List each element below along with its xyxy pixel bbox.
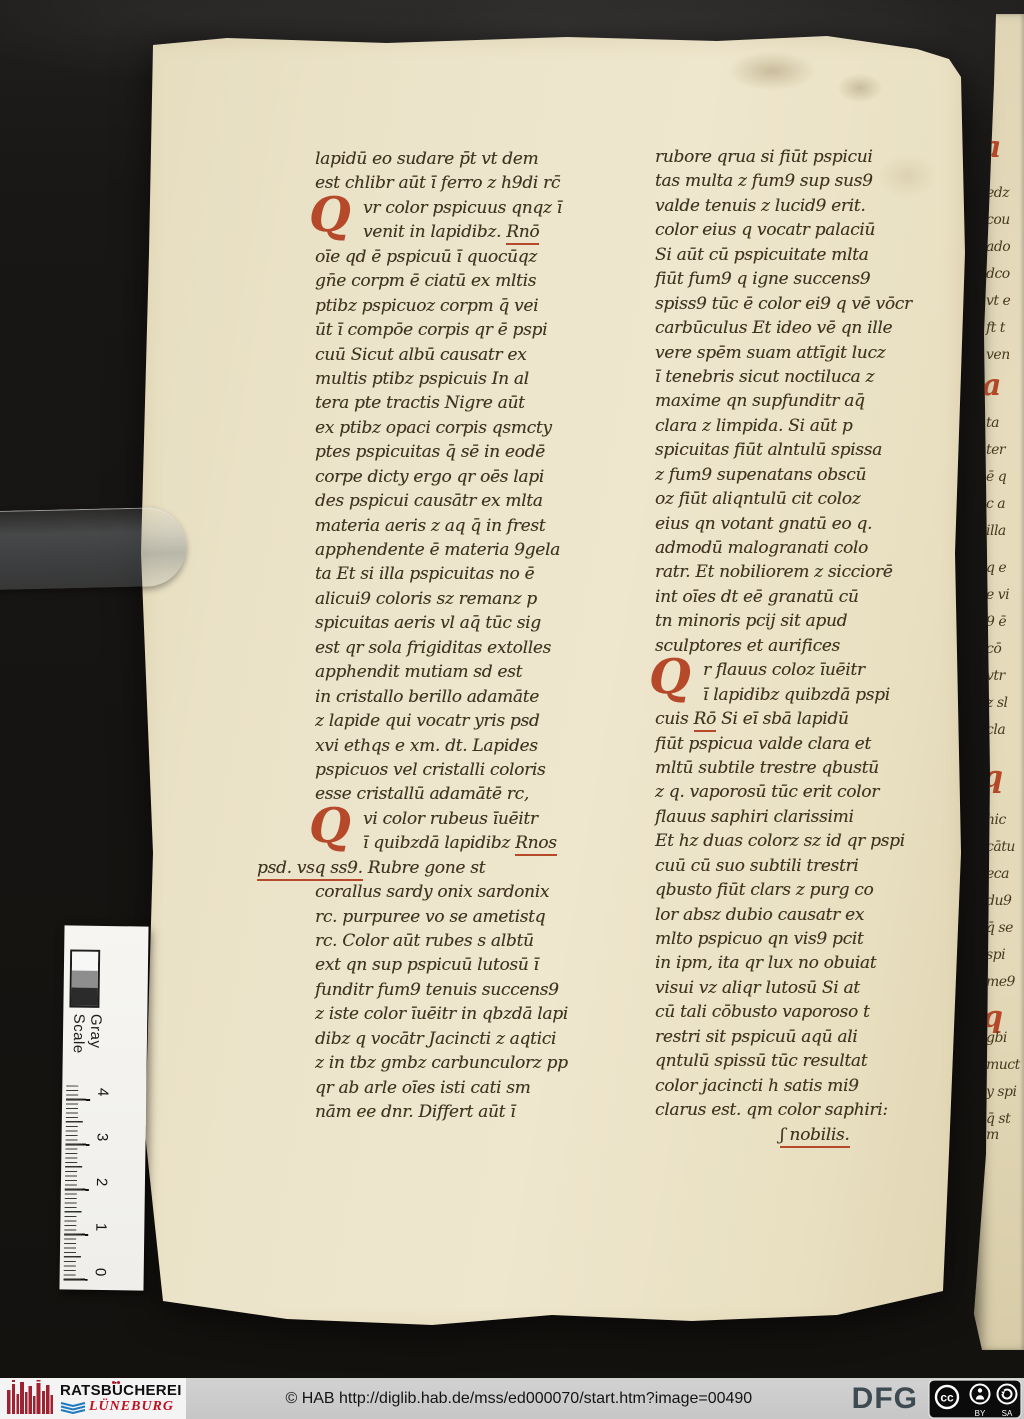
next-page-text-fragment: cātu: [986, 839, 1015, 855]
manuscript-line: ī quibzdā lapidibz Rnos: [315, 833, 621, 857]
manuscript-line: rubore qrua si fiūt pspicui: [655, 147, 951, 171]
manuscript-line: color eius q vocatr palaciū: [655, 220, 951, 244]
manuscript-line: cū tali cōbusto vaporoso t: [655, 1002, 951, 1026]
manuscript-line: z in tbz gmbz carbunculorz pp: [315, 1053, 621, 1077]
gray-scale-card: Gray Scale 43210: [59, 925, 148, 1290]
next-page-text-fragment: y spi: [986, 1084, 1016, 1100]
manuscript-line: mltū subtile trestre qbustū: [655, 758, 951, 782]
manuscript-line: apphendente ē materia 9gela: [315, 540, 621, 564]
next-page-rubric-fragment: a: [982, 368, 1001, 403]
next-page-text-fragment: ē q: [986, 469, 1006, 485]
next-page-text-fragment: q̄ st m: [986, 1111, 1024, 1143]
patch-black: [71, 987, 97, 1006]
svg-text:SA: SA: [1002, 1409, 1013, 1418]
manuscript-line: visui vz aliqr lutosū Si at: [655, 978, 951, 1002]
ruler-number: 4: [94, 1088, 111, 1097]
library-name: RATSBÜCHEREI LÜNEBURG: [60, 1383, 182, 1414]
next-page-text-fragment: ven: [986, 347, 1010, 363]
manuscript-line: des pspicui causātr ex mlta: [315, 491, 621, 515]
manuscript-line: in cristallo berillo adamāte: [315, 687, 621, 711]
next-page-text-fragment: q̄ se: [986, 920, 1013, 936]
text-column-left: lapidū eo sudare p̄t vt demest chlibr aū…: [315, 149, 621, 1127]
manuscript-line: ex ptibz opaci corpis qsmcty: [315, 418, 621, 442]
manuscript-line: Si aūt cū pspicuitate mlta: [655, 245, 951, 269]
lueneburg-bars-icon: [6, 1380, 54, 1418]
manuscript-line: cuū cū suo subtili trestri: [655, 856, 951, 880]
manuscript-line: dibz q vocātr Jacincti z aqtici: [315, 1029, 621, 1053]
library-name-line1: RATSBÜCHEREI: [60, 1383, 182, 1398]
ruler-number: 2: [93, 1178, 110, 1187]
gray-scale-label: Gray Scale: [69, 1014, 104, 1092]
next-page-text-fragment: z sl: [986, 695, 1008, 711]
next-page-text-fragment: eca: [986, 866, 1009, 882]
manuscript-line: in ipm, ita qr lux no obuiat: [655, 953, 951, 977]
manuscript-line: valde tenuis z lucid9 erit.: [655, 196, 951, 220]
manuscript-line: maxime qn supfunditr aq̄: [655, 391, 951, 415]
next-page-text-fragment: ta: [986, 415, 999, 431]
svg-text:BY: BY: [975, 1409, 986, 1418]
next-page-text-fragment: dco: [986, 266, 1010, 282]
manuscript-line: ūt ī compōe corpis qr ē pspi: [315, 320, 621, 344]
rubric-underlined-text: psd. vsq ss9.: [257, 858, 363, 881]
manuscript-line: clara z limpida. Si aūt p: [655, 416, 951, 440]
next-page-text-fragment: ado: [986, 239, 1010, 255]
manuscript-line: spicuitas fiūt alntulū spissa: [655, 440, 951, 464]
gray-scale-patches: [69, 950, 100, 1008]
manuscript-line: cuis Rō Si eī sbā lapidū: [655, 709, 951, 733]
footer-bar: RATSBÜCHEREI LÜNEBURG © HAB http://digli…: [0, 1378, 1024, 1419]
next-page-text-fragment: vtr: [986, 668, 1005, 684]
manuscript-line: int oīes dt eē granatū cū: [655, 587, 951, 611]
next-page-text-fragment: me9: [986, 974, 1015, 990]
manuscript-line: rc. purpuree vo se ametistq: [315, 907, 621, 931]
rubric-underlined-text: Rnos: [515, 833, 557, 856]
page-stain: [837, 73, 883, 103]
manuscript-line: qntulū spissū tūc resultat: [655, 1051, 951, 1075]
manuscript-line: gn̄e corpm ē ciatū ex mltis: [315, 271, 621, 295]
dfg-logo: DFG: [852, 1384, 918, 1414]
manuscript-line: z iste color īuēitr in qbzdā lapi: [315, 1004, 621, 1028]
manuscript-line: materia aeris z aq q̄ in frest: [315, 516, 621, 540]
manuscript-line: ptes pspicuitas q̄ sē in eodē: [315, 442, 621, 466]
manuscript-line: lor absz dubio causatr ex: [655, 905, 951, 929]
svg-text:cc: cc: [940, 1390, 954, 1404]
manuscript-line: tas multa z fum9 sup sus9: [655, 171, 951, 195]
ruler-number: 1: [92, 1223, 109, 1232]
next-page-text-fragment: muct: [986, 1057, 1020, 1073]
next-page-rubric-fragment: a: [982, 130, 1001, 165]
manuscript-line: est qr sola frigiditas extolles: [315, 638, 621, 662]
manuscript-line: pspicuos vel cristalli coloris: [315, 760, 621, 784]
next-page-text-fragment: illa: [986, 523, 1006, 539]
digitized-manuscript-photo: aedzcouadodcovt eft tvenataterē qc ailla…: [0, 0, 1024, 1419]
next-page-text-fragment: spi: [986, 947, 1005, 963]
manuscript-line: flauus saphiri clarissimi: [655, 807, 951, 831]
ruler-ticks: [64, 1085, 93, 1281]
patch-white: [72, 952, 98, 972]
ruler-number: 3: [94, 1133, 111, 1142]
parchment-surface: lapidū eo sudare p̄t vt demest chlibr aū…: [137, 33, 967, 1333]
manuscript-line: z lapide qui vocatr yris psd: [315, 711, 621, 735]
manuscript-line: vere spēm suam attīgit lucz: [655, 343, 951, 367]
text-column-right: rubore qrua si fiūt pspicuitas multa z f…: [655, 147, 951, 1149]
manuscript-line: fiūt fum9 q igne succens9: [655, 269, 951, 293]
manuscript-line: oīe qd ē pspicuū ī quocūqz: [315, 247, 621, 271]
manuscript-line: multis ptibz pspicuis In al: [315, 369, 621, 393]
page-stain: [727, 51, 817, 91]
manuscript-line: restri sit pspicuū aqū ali: [655, 1027, 951, 1051]
manuscript-line: tn minoris pcij sit apud: [655, 611, 951, 635]
next-page-text-fragment: cla: [986, 722, 1005, 738]
ruler-numbers: 43210: [65, 925, 149, 926]
next-page-text-fragment: ter: [986, 442, 1005, 458]
next-page-text-fragment: e vi: [986, 587, 1009, 603]
manuscript-line: ext qn sup pspicuū lutosū ī: [315, 955, 621, 979]
manuscript-line: ī lapidibz quibzdā pspi: [655, 685, 951, 709]
manuscript-line: admodū malogranati colo: [655, 538, 951, 562]
manuscript-line: ta Et si illa pspicuitas no ē: [315, 564, 621, 588]
manuscript-line: xvi ethqs e xm. dt. Lapides: [315, 736, 621, 760]
manuscript-line: z q. vaporosū tūc erit color: [655, 782, 951, 806]
next-page-text-fragment: edz: [986, 185, 1009, 201]
manuscript-line: clarus est. qm color saphiri:: [655, 1100, 951, 1124]
patch-mid-gray: [72, 971, 98, 988]
manuscript-line: nām ee dnr. Differt aūt ī: [315, 1102, 621, 1126]
manuscript-line: Et hz duas colorz sz id qr pspi: [655, 831, 951, 855]
manuscript-line: color jacincti h satis mi9: [655, 1076, 951, 1100]
copyright-text: © HAB http://diglib.hab.de/mss/ed000070/…: [186, 1390, 852, 1408]
library-name-line2: LÜNEBURG: [89, 1400, 174, 1414]
next-page-text-fragment: ft t: [986, 320, 1005, 336]
next-page-text-fragment: gbi: [986, 1030, 1007, 1046]
cc-license-badge: cc BY SA: [928, 1379, 1022, 1419]
page-holder-clip: [0, 507, 187, 591]
manuscript-line: psd. vsq ss9. Rubre gone st: [257, 858, 621, 882]
manuscript-line: corpe dicty ergo qr oēs lapi: [315, 467, 621, 491]
rubric-underlined-text: Rnō: [506, 222, 539, 245]
manuscript-line: Qvi color rubeus īuēitr: [315, 809, 621, 833]
manuscript-line: ī tenebris sicut noctiluca z: [655, 367, 951, 391]
manuscript-line: ptibz pspicuoz corpm q̄ vei: [315, 296, 621, 320]
manuscript-line: oz fiūt aliqntulū cit coloz: [655, 489, 951, 513]
next-page-text-fragment: cō: [986, 641, 1001, 657]
manuscript-line: eius qn votant gnatū eo q.: [655, 514, 951, 538]
manuscript-line: rc. Color aūt rubes s albtū: [315, 931, 621, 955]
manuscript-line: esse cristallū adamātē rc,: [315, 784, 621, 808]
manuscript-line: sculptores et aurifices: [655, 636, 951, 660]
next-page-text-fragment: 9 ē: [986, 614, 1006, 630]
next-page-edge: aedzcouadodcovt eft tvenataterē qc ailla…: [972, 14, 1024, 1350]
next-page-text-fragment: cou: [986, 212, 1010, 228]
manuscript-line: z fum9 supenatans obscū: [655, 465, 951, 489]
manuscript-line: alicui9 coloris sz remanz p: [315, 589, 621, 613]
next-page-rubric-fragment: q: [982, 760, 1002, 795]
manuscript-line: apphendit mutiam sd est: [315, 662, 621, 686]
manuscript-line: ʃ nobilis.: [655, 1125, 951, 1149]
manuscript-line: corallus sardy onix sardonix: [315, 882, 621, 906]
manuscript-line: carbūculus Et ideo vē qn ille: [655, 318, 951, 342]
manuscript-line: funditr fum9 tenuis succens9: [315, 980, 621, 1004]
manuscript-line: est chlibr aūt ī ferro z h9di rc̄: [315, 173, 621, 197]
manuscript-page: lapidū eo sudare p̄t vt demest chlibr aū…: [137, 33, 967, 1333]
next-page-text-fragment: vt e: [986, 293, 1010, 309]
rubric-underlined-text: ʃ nobilis.: [780, 1125, 850, 1148]
manuscript-line: mlto pspicuo qn vis9 pcit: [655, 929, 951, 953]
next-page-text-fragment: du9: [986, 893, 1011, 909]
manuscript-line: fiūt pspicua valde clara et: [655, 734, 951, 758]
manuscript-line: qr ab arle oīes isti cati sm: [315, 1078, 621, 1102]
manuscript-line: ratr. Et nobiliorem z sicciorē: [655, 562, 951, 586]
ruler-number: 0: [92, 1268, 109, 1277]
next-page-text-fragment: hic: [986, 812, 1006, 828]
manuscript-line: lapidū eo sudare p̄t vt dem: [315, 149, 621, 173]
next-page-text-fragment: c a: [986, 496, 1005, 512]
manuscript-line: cuū Sicut albū causatr ex: [315, 345, 621, 369]
next-page-text-fragment: q e: [986, 560, 1006, 576]
manuscript-line: spiss9 tūc ē color ei9 q vē vōcr: [655, 294, 951, 318]
rubric-underlined-text: Rō: [694, 709, 716, 732]
manuscript-line: venit in lapidibz. Rnō: [315, 222, 621, 246]
manuscript-line: spicuitas aeris vl aq̄ tūc sig: [315, 613, 621, 637]
manuscript-line: tera pte tractis Nigre aūt: [315, 393, 621, 417]
manuscript-line: Qvr color pspicuus qnqz ī: [315, 198, 621, 222]
ratsbuecherei-logo: RATSBÜCHEREI LÜNEBURG: [0, 1378, 186, 1419]
book-icon: [60, 1400, 86, 1414]
manuscript-line: Qr flauus coloz īuēitr: [655, 660, 951, 684]
manuscript-line: qbusto fiūt clars z purg co: [655, 880, 951, 904]
